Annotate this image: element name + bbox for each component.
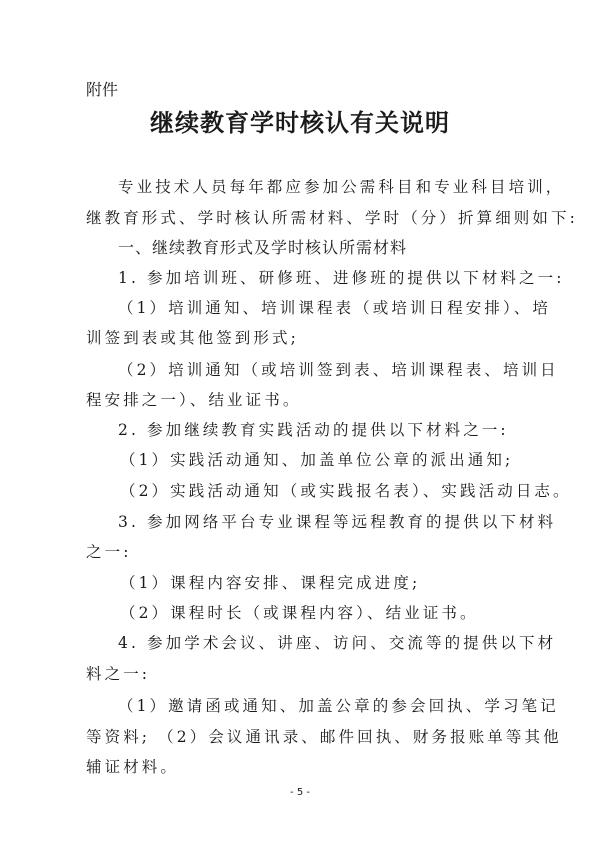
sub-item: （1）实践活动通知、加盖单位公章的派出通知; — [120, 450, 550, 470]
sub-item: （1）邀请函或通知、加盖公章的参会回执、学习笔记 — [118, 696, 548, 716]
list-item-continuation: 料之一: — [86, 664, 516, 684]
attachment-label: 附件 — [86, 80, 118, 100]
list-item: 4. 参加学术会议、讲座、访问、交流等的提供以下材 — [118, 633, 548, 653]
sub-item: （1）课程内容安排、课程完成进度; — [120, 573, 550, 593]
sub-item-continuation: 辅证材料。 — [86, 757, 516, 777]
list-item-continuation: 之一: — [86, 542, 516, 562]
sub-item-continuation: 等资料; （2）会议通讯录、邮件回执、财务报账单等其他 — [86, 727, 516, 747]
sub-item: （2）实践活动通知（或实践报名表）、实践活动日志。 — [120, 481, 550, 501]
document-title: 继续教育学时核认有关说明 — [0, 108, 600, 138]
list-item: 1. 参加培训班、研修班、进修班的提供以下材料之一: — [118, 268, 548, 288]
sub-item: （2）课程时长（或课程内容）、结业证书。 — [120, 603, 550, 623]
list-item: 3. 参加网络平台专业课程等远程教育的提供以下材料 — [118, 512, 548, 532]
sub-item: （2）培训通知（或培训签到表、培训课程表、培训日 — [118, 360, 548, 380]
document-page: 附件 继续教育学时核认有关说明 专业技术人员每年都应参加公需科目和专业科目培训，… — [0, 0, 600, 848]
sub-item-continuation: 训签到表或其他签到形式; — [86, 328, 516, 348]
section-heading: 一、继续教育形式及学时核认所需材料 — [118, 238, 548, 258]
sub-item-continuation: 程安排之一）、结业证书。 — [86, 390, 516, 410]
sub-item: （1）培训通知、培训课程表（或培训日程安排）、培 — [118, 298, 548, 318]
page-number: - 5 - — [0, 787, 600, 799]
list-item: 2. 参加继续教育实践活动的提供以下材料之一: — [118, 420, 548, 440]
paragraph-line: 继教育形式、学时核认所需材料、学时（分）折算细则如下: — [86, 208, 516, 228]
paragraph-line: 专业技术人员每年都应参加公需科目和专业科目培训， — [118, 177, 548, 197]
